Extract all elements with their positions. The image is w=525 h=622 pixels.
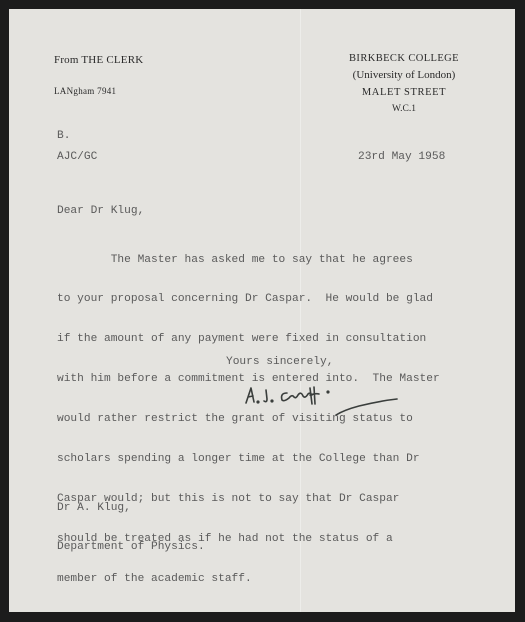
recipient-name: Dr A. Klug, [57, 502, 205, 515]
body-line: to your proposal concerning Dr Caspar. H… [57, 293, 440, 306]
college-name: BIRKBECK COLLEGE [329, 50, 479, 67]
reference-line-1: B. [57, 130, 70, 143]
recipient-department: Department of Physics. [57, 541, 205, 554]
college-street: MALET STREET [329, 84, 479, 101]
body-line: if the amount of any payment were fixed … [57, 333, 440, 346]
letter-date: 23rd May 1958 [358, 151, 445, 164]
body-line: The Master has asked me to say that he a… [57, 254, 440, 267]
letter-page: From THE CLERK LANgham 7941 BIRKBECK COL… [9, 9, 515, 612]
college-affiliation: (University of London) [329, 67, 479, 84]
letterhead-from: From THE CLERK [54, 54, 143, 66]
signature-handwritten [244, 382, 424, 422]
recipient-address: Dr A. Klug, Department of Physics. [57, 475, 205, 581]
letterhead-college-address: BIRKBECK COLLEGE (University of London) … [329, 50, 479, 118]
college-district: W.C.1 [329, 101, 479, 118]
body-line: scholars spending a longer time at the C… [57, 453, 440, 466]
letterhead-phone: LANgham 7941 [54, 86, 116, 96]
salutation: Dear Dr Klug, [57, 205, 144, 218]
reference-initials: AJC/GC [57, 151, 97, 164]
closing: Yours sincerely, [226, 356, 333, 369]
